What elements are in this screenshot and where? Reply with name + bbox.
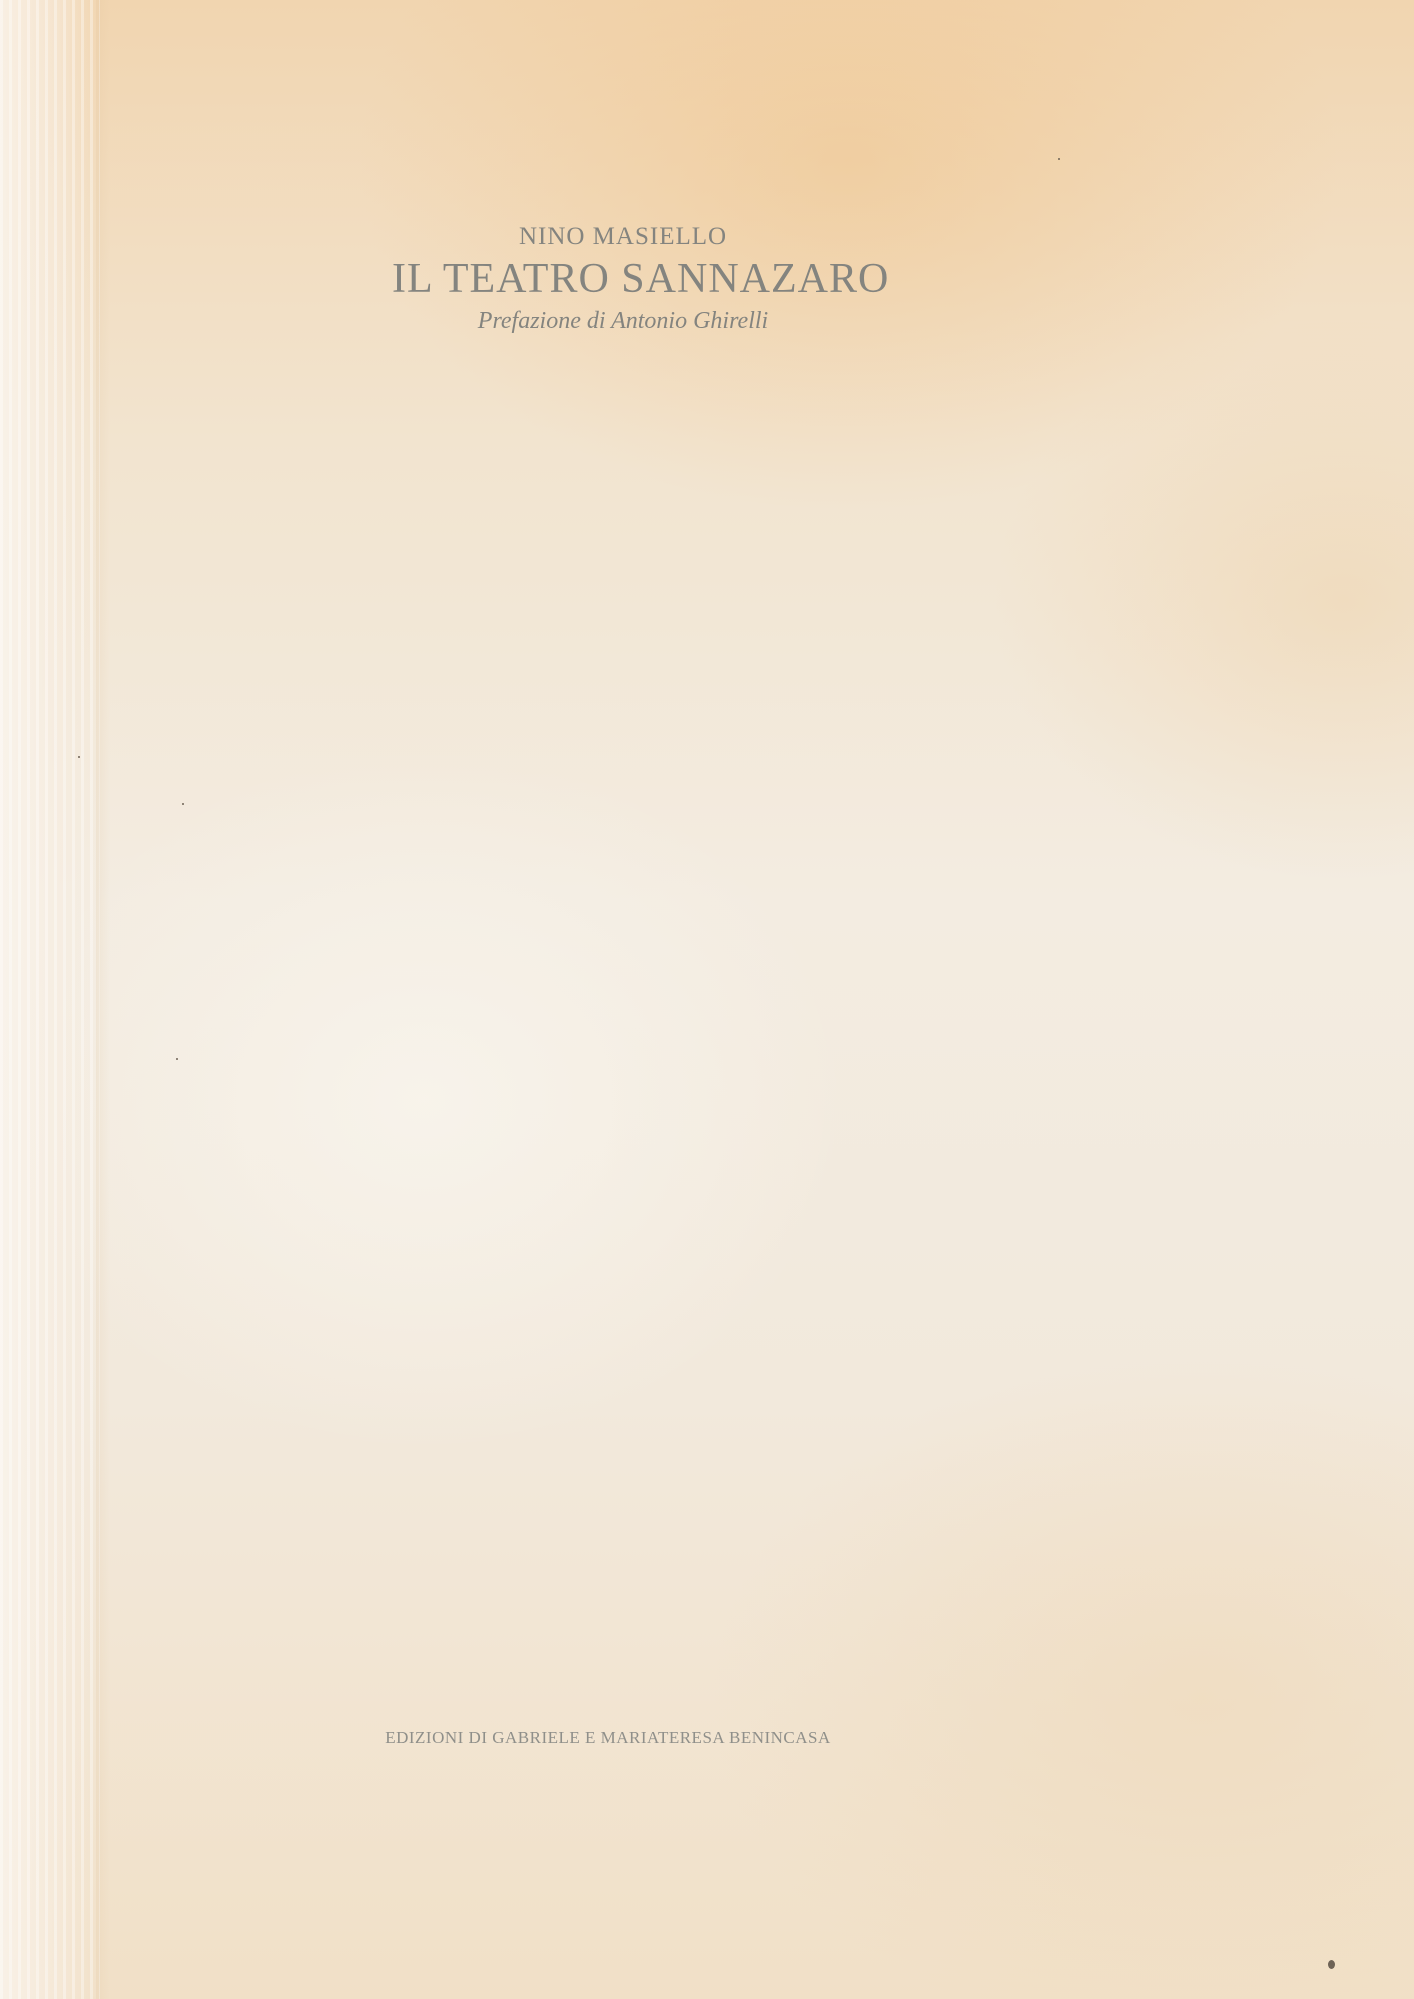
author-name: NINO MASIELLO — [517, 223, 729, 251]
book-spine-edge — [0, 0, 100, 1999]
paper-speck — [1058, 158, 1060, 160]
preface-credit: Prefazione di Antonio Ghirelli — [468, 308, 778, 335]
publisher-imprint: EDIZIONI DI GABRIELE E MARIATERESA BENIN… — [366, 1728, 850, 1748]
spine-shadow — [96, 0, 110, 1999]
paper-speck — [176, 1058, 178, 1060]
book-title: IL TEATRO SANNAZARO — [392, 257, 852, 301]
paper-speck — [78, 756, 80, 758]
paper-speck — [182, 803, 184, 805]
paper-speck — [1328, 1960, 1335, 1969]
